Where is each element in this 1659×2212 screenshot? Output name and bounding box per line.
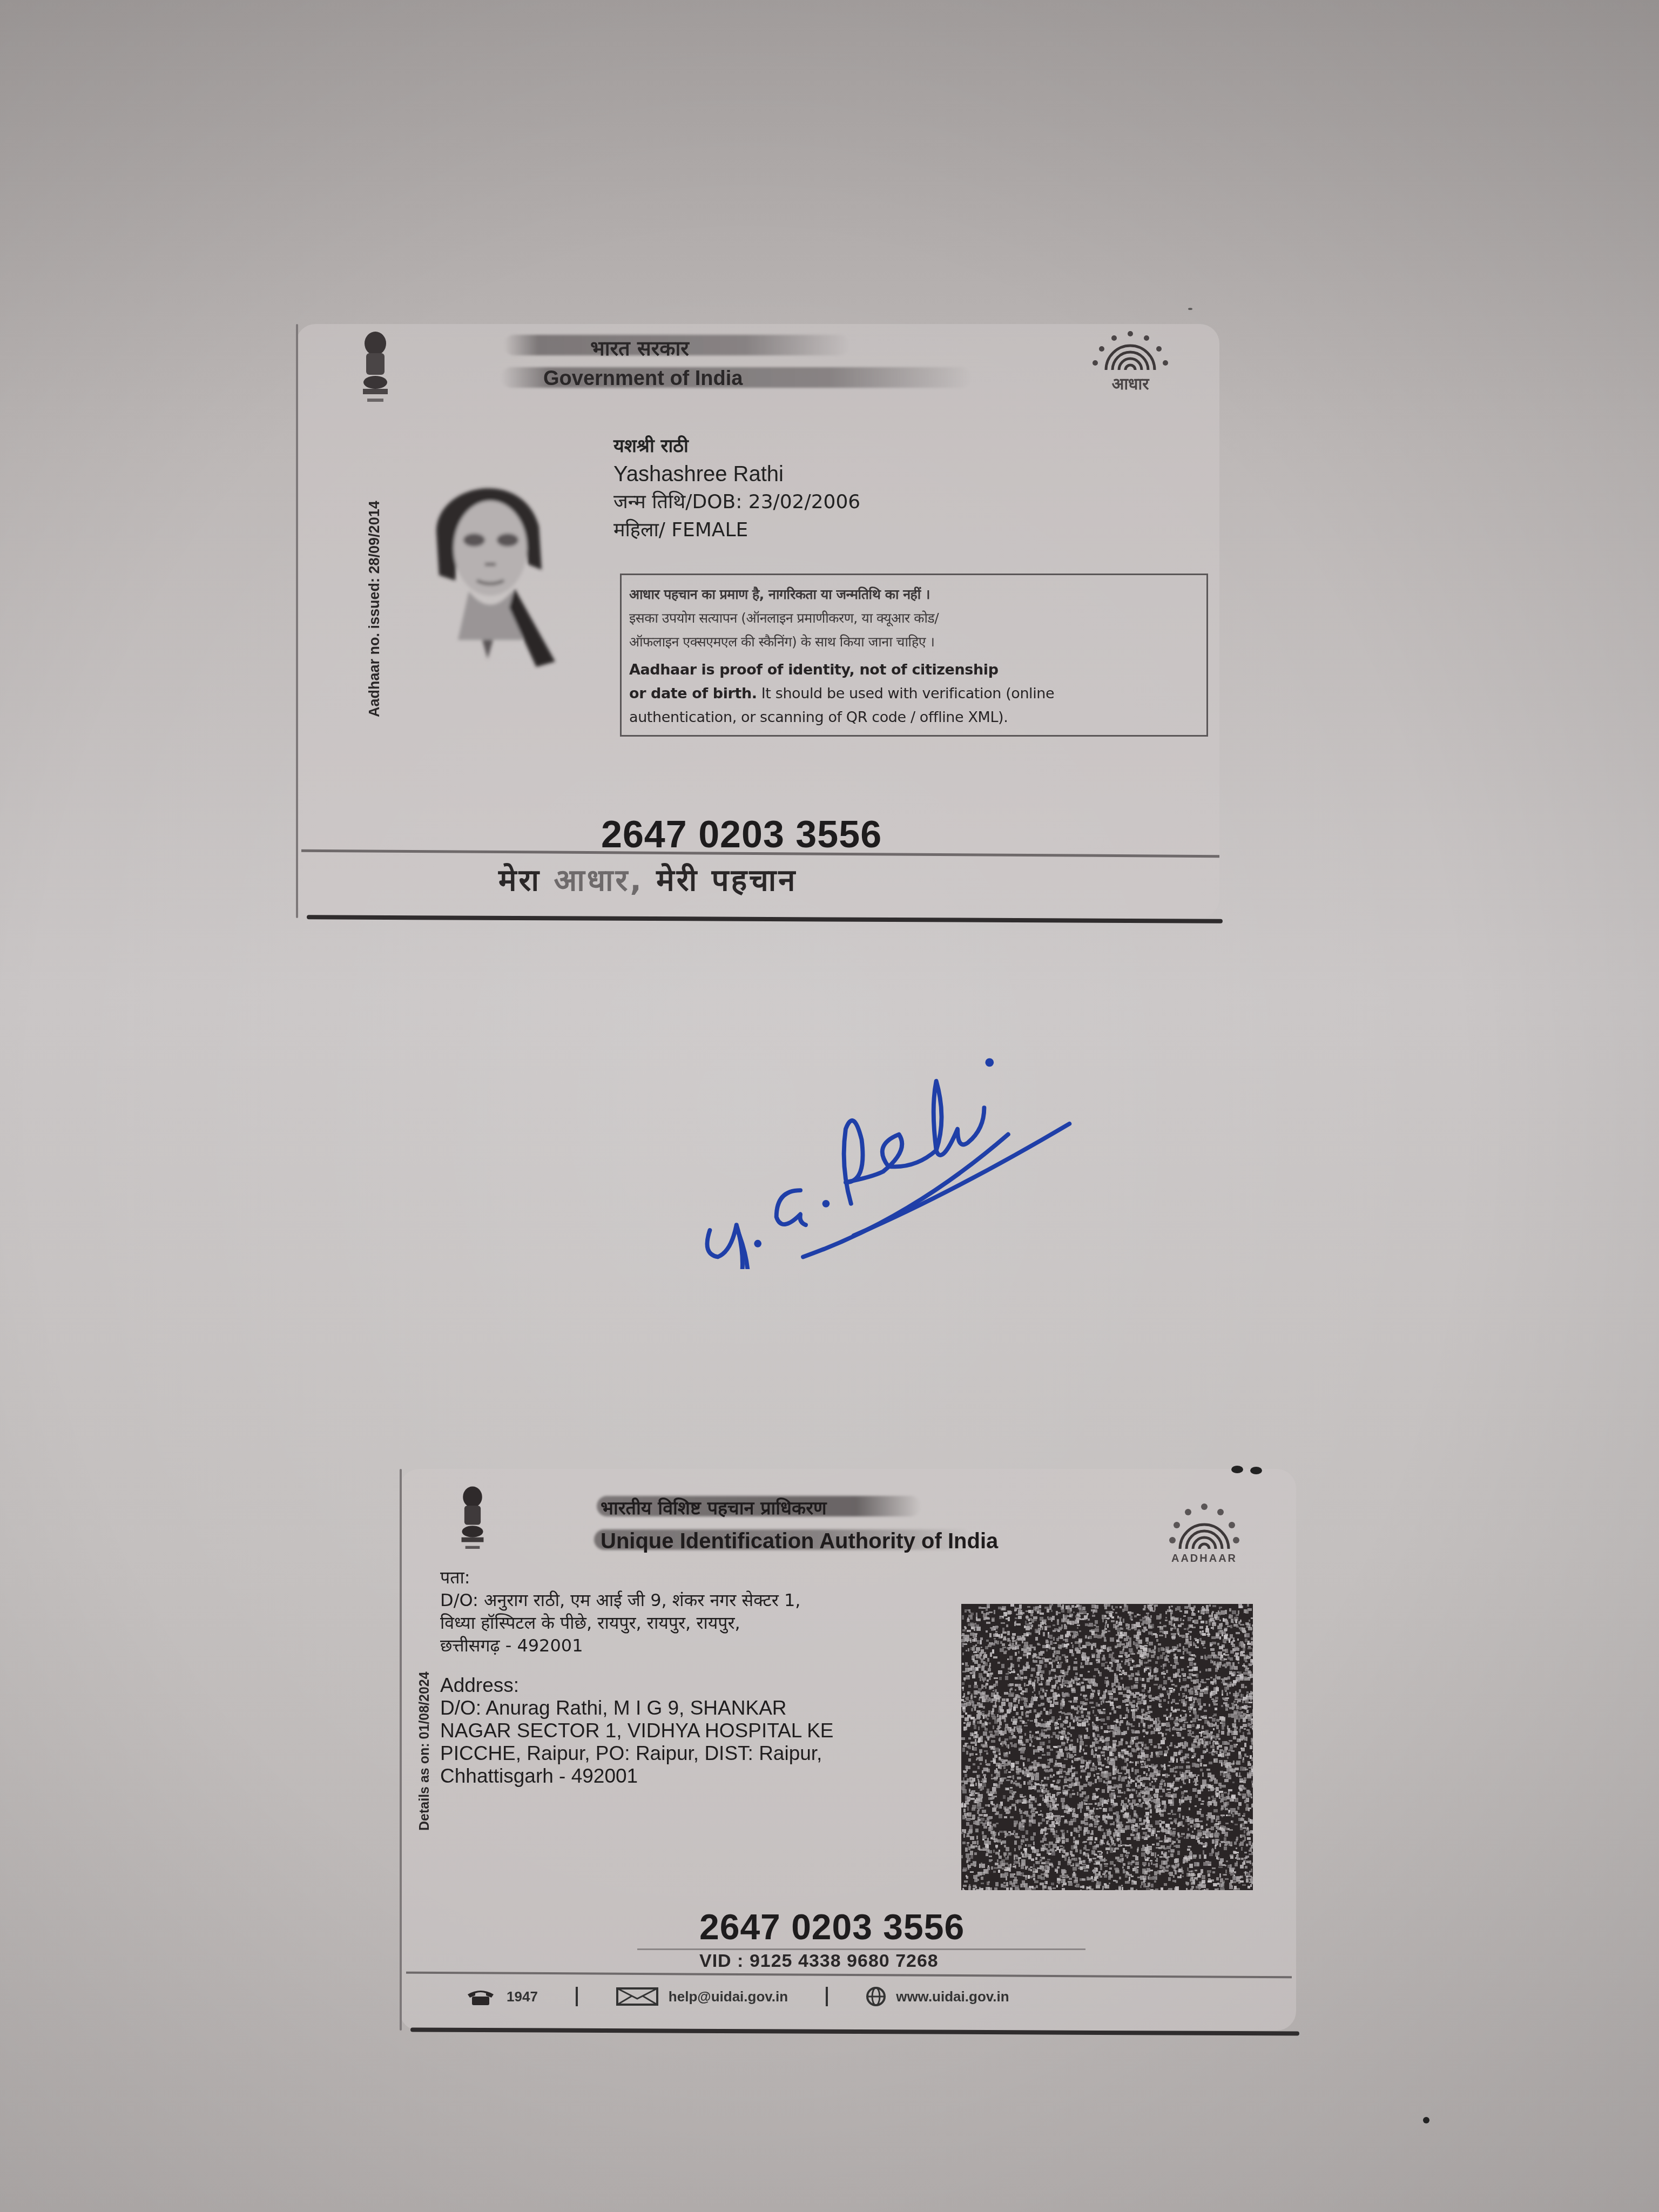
holder-dob: जन्म तिथि/DOB: 23/02/2006 xyxy=(613,488,860,516)
header-english: Unique Identification Authority of India xyxy=(601,1529,998,1554)
contact-footer: 1947 help@uidai.gov.in www.uidai.gov.in xyxy=(464,1986,1009,2007)
aadhaar-back-card: भारतीय विशिष्ट पहचान प्राधिकरण Unique Id… xyxy=(400,1469,1296,2031)
holder-photo xyxy=(415,462,577,678)
helpline-number: 1947 xyxy=(507,1988,538,2005)
website-url: www.uidai.gov.in xyxy=(896,1988,1009,2005)
notice-hindi-line: इसका उपयोग सत्यापन (ऑनलाइन प्रमाणीकरण, य… xyxy=(629,606,1199,630)
notice-hindi-line: आधार पहचान का प्रमाण है, नागरिकता या जन्… xyxy=(629,583,1199,606)
virtual-id: VID : 9125 4338 9680 7268 xyxy=(699,1951,939,1972)
card-edge xyxy=(296,324,298,918)
print-speck xyxy=(1231,1466,1243,1473)
address-label-hindi: पता: xyxy=(440,1566,801,1589)
aadhaar-front-card: भारत सरकार Government of India आधार Aadh… xyxy=(296,324,1219,918)
fingerprint-sun-icon xyxy=(1090,329,1171,373)
aadhaar-logo-label: आधार xyxy=(1090,372,1171,394)
qr-code xyxy=(961,1604,1253,1890)
card-edge xyxy=(307,915,1223,923)
address-line: छत्तीसगढ़ - 492001 xyxy=(440,1634,801,1657)
fingerprint-sun-icon xyxy=(1169,1501,1239,1550)
paper-speck xyxy=(1188,308,1192,310)
address-line: विध्या हॉस्पिटल के पीछे, रायपुर, रायपुर,… xyxy=(440,1611,801,1634)
notice-english-text: It should be used with verification (onl… xyxy=(757,685,1055,702)
phone-icon xyxy=(464,1987,497,2006)
holder-details: यशश्री राठी Yashashree Rathi जन्म तिथि/D… xyxy=(613,432,860,544)
email-address: help@uidai.gov.in xyxy=(669,1988,788,2005)
notice-english-bold: Aadhaar is proof of identity, not of cit… xyxy=(629,662,999,678)
tagline: मेरा आधार, मेरी पहचान xyxy=(498,859,797,900)
qr-pattern xyxy=(961,1604,1253,1890)
address-line: Chhattisgarh - 492001 xyxy=(440,1765,834,1788)
helpline: 1947 xyxy=(464,1987,538,2006)
header-english: Government of India xyxy=(543,367,743,390)
globe-icon xyxy=(866,1986,886,2007)
address-line: NAGAR SECTOR 1, VIDHYA HOSPITAL KE xyxy=(440,1719,834,1742)
card-edge xyxy=(400,1469,402,2031)
aadhaar-notice-box: आधार पहचान का प्रमाण है, नागरिकता या जन्… xyxy=(620,574,1208,737)
address-line: D/O: अनुराग राठी, एम आई जी 9, शंकर नगर स… xyxy=(440,1589,801,1611)
card-edge xyxy=(410,2027,1299,2035)
tagline-word: आधार, xyxy=(554,863,643,898)
header-hindi: भारत सरकार xyxy=(590,334,689,362)
paper-speck xyxy=(1423,2117,1429,2123)
tagline-word: मेरी पहचान xyxy=(656,863,797,898)
national-emblem-icon xyxy=(451,1481,494,1556)
address-hindi: पता: D/O: अनुराग राठी, एम आई जी 9, शंकर … xyxy=(440,1566,801,1657)
divider xyxy=(406,1972,1292,1979)
tagline-word: मेरा xyxy=(498,863,541,898)
aadhaar-number: 2647 0203 3556 xyxy=(699,1906,965,1947)
separator xyxy=(826,1987,828,2006)
address-line: PICCHE, Raipur, PO: Raipur, DIST: Raipur… xyxy=(440,1742,834,1765)
website-contact: www.uidai.gov.in xyxy=(866,1986,1009,2007)
header-hindi: भारतीय विशिष्ट पहचान प्राधिकरण xyxy=(601,1495,827,1520)
notice-english-bold: or date of birth. xyxy=(629,685,757,702)
envelope-icon xyxy=(616,1987,659,2006)
notice-english: Aadhaar is proof of identity, not of cit… xyxy=(629,658,1199,730)
handwritten-signature: y.a.Rathi xyxy=(686,1042,1080,1269)
print-speck xyxy=(1250,1467,1262,1474)
address-label-english: Address: xyxy=(440,1674,834,1697)
aadhaar-logo: AADHAAR xyxy=(1169,1501,1239,1565)
holder-gender: महिला/ FEMALE xyxy=(613,516,860,544)
issue-date-side-text: Aadhaar no. issued: 28/09/2014 xyxy=(366,501,383,717)
holder-name-hindi: यशश्री राठी xyxy=(613,432,860,460)
address-english: Address: D/O: Anurag Rathi, M I G 9, SHA… xyxy=(440,1674,834,1788)
divider xyxy=(637,1948,1085,1950)
aadhaar-number: 2647 0203 3556 xyxy=(601,813,882,856)
aadhaar-logo: आधार xyxy=(1090,329,1171,394)
notice-english-text: authentication, or scanning of QR code /… xyxy=(629,706,1199,730)
details-date-side-text: Details as on: 01/08/2024 xyxy=(417,1671,433,1831)
aadhaar-logo-label: AADHAAR xyxy=(1169,1553,1239,1565)
notice-hindi-line: ऑफलाइन एक्सएमएल की स्कैनिंग) के साथ किया… xyxy=(629,630,1199,654)
separator xyxy=(576,1987,578,2006)
address-line: D/O: Anurag Rathi, M I G 9, SHANKAR xyxy=(440,1697,834,1719)
national-emblem-icon xyxy=(351,327,400,408)
email-contact: help@uidai.gov.in xyxy=(616,1987,788,2006)
holder-name-english: Yashashree Rathi xyxy=(613,460,860,488)
